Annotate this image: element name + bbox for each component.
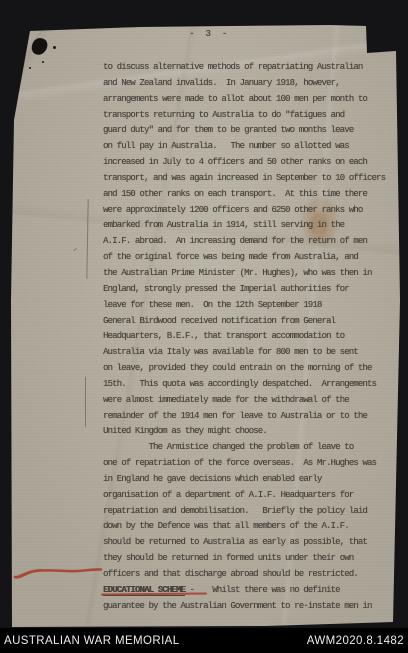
typed-line: arrangements were made to allot about 10… [103,92,403,108]
typed-line: down by the Defence was that all members… [103,519,403,535]
scanned-document-page: - 3 - to discuss alternative methods of … [0,0,408,653]
typed-line: transport, and was again increased in Se… [103,171,403,187]
typed-segment: - Whilst there was no definite [185,585,340,595]
typed-line: United Kingdom as they might choose. [103,424,403,440]
typed-line: transports returning to Australia to do … [103,108,403,124]
typed-line: on leave, provided they could entrain on… [103,361,403,377]
margin-pencil-line [85,377,86,427]
ink-speck [29,67,31,69]
red-pencil-mark [12,560,104,584]
typed-line: embarked from Australia in 1914, still s… [103,218,403,234]
typed-line: they should be returned in formed units … [103,551,403,567]
typed-line: England, strongly pressed the Imperial a… [103,282,403,298]
typed-line: A.I.F. abroad. An increasing demand for … [103,234,403,250]
typed-line: Headquarters, B.E.F., that transport acc… [103,329,403,345]
ink-speck [42,61,44,63]
typed-line: remainder of the 1914 men for leave to A… [103,409,403,425]
typed-line: should be returned to Australia as early… [103,535,403,551]
typed-line: the Australian Prime Minister (Mr. Hughe… [103,266,403,282]
typed-line: guarantee by the Australian Government t… [103,599,403,615]
archive-catalog-id: AWM2020.8.1482 [307,628,404,653]
typed-line: General Birdwood received notification f… [103,314,403,330]
ink-speck [53,46,56,49]
typed-line: organisation of a department of A.I.F. H… [103,488,403,504]
typed-line: Australia via Italy was available for 80… [103,345,403,361]
typed-line: and 150 other ranks on each transport. A… [103,187,403,203]
typed-line: were almost immediately made for the wit… [103,393,403,409]
typed-line: repatriation and demobilisation. Briefly… [103,504,403,520]
typed-line: EDUCATIONAL SCHEME - Whilst there was no… [103,583,403,599]
typed-line: increased in July to 4 officers and 50 o… [103,155,403,171]
typed-line: The Armistice changed the problem of lea… [103,440,403,456]
typed-line: leave for these men. On the 12th Septemb… [103,298,403,314]
typed-line: on full pay in Australia. The number so … [103,139,403,155]
page-number: - 3 - [189,28,230,39]
archive-institution-label: AUSTRALIAN WAR MEMORIAL [4,628,180,653]
typed-line: and New Zealand invalids. In January 191… [103,76,403,92]
typed-line: guard duty" and for them to be granted t… [103,123,403,139]
typed-line: to discuss alternative methods of repatr… [103,60,403,76]
typed-line: 15th. This quota was accordingly despatc… [103,377,403,393]
typed-line: of the original force was being made fro… [103,250,403,266]
typed-line: officers and that discharge abroad shoul… [103,567,403,583]
typed-line: one of repatriation of the force oversea… [103,456,403,472]
typed-line: in England he gave decisions which enabl… [103,472,403,488]
typed-line: were approximately 1200 officers and 625… [103,203,403,219]
archive-caption-bar: AUSTRALIAN WAR MEMORIAL AWM2020.8.1482 [0,628,408,653]
typed-text-block: to discuss alternative methods of repatr… [103,60,403,615]
